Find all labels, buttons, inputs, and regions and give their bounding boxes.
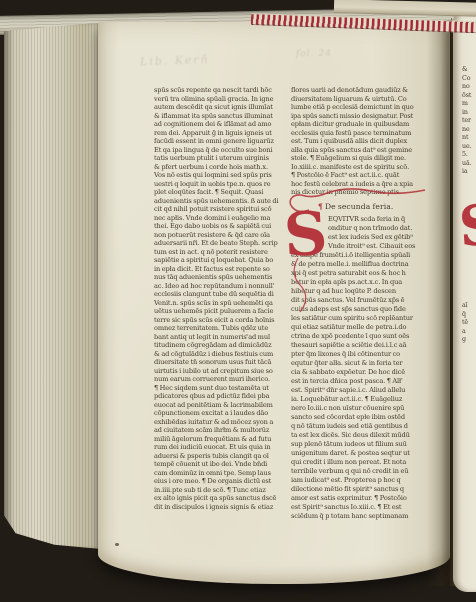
pencil-inscription-folio: fol. 24 [296, 49, 332, 60]
right-column-line: stole. ¶ Euāgelium si quis diligit me. [291, 154, 431, 163]
right-column-line: hibetur q ad huc loqūte P. descen [291, 287, 431, 296]
facing-fragment-line: ōst [462, 92, 472, 101]
left-column-line: omnez terrenitatem. Tubis qdēz ute [154, 324, 289, 333]
right-column-line: ta est lex dicēs. Sic deus dilexit mūdū [291, 431, 431, 440]
left-column-line: aduenientis spūs uehementis. ß aute di [154, 197, 289, 206]
facing-fragment-line: m [462, 100, 472, 109]
left-column-line: & pfert uerbum i corde hois math.x. [154, 163, 289, 172]
right-column-line: ecclesiis quia festū pasce terminatum [291, 129, 431, 138]
facing-fragment-line: in [462, 109, 472, 118]
facing-fragment-line: & [462, 66, 472, 75]
left-column-line: ad ciuitatem scām ihrłm & multorūz [154, 426, 289, 435]
right-column-line: EQVITVR scda feria in q̄ [291, 215, 431, 224]
right-column-line: nis dicetur in phemio septime ptis. [291, 188, 431, 197]
left-column-line: facūdi essent in omni genere liguarūz [154, 137, 289, 146]
left-column-line: tempē cōuenit ut ibo dei. Vnde bn̄di [154, 460, 289, 469]
left-column-line: ad cognitionem dei & iflāmat ad amo [154, 120, 289, 129]
left-column-line: ex alto ignis picit qa spūs sanctus dscē [154, 494, 289, 503]
left-column-line: euocat ad penitētiam & lacrimabilem [154, 401, 289, 410]
right-column-line: lumbe etiā p ecclesiā demictunt in quo [291, 103, 431, 112]
red-pilcrow-icon: ¶ [318, 202, 323, 211]
right-column-line: ctrina de xpō pcedente ī quo sunt oēs [291, 332, 431, 341]
right-column-line: cuius adeps est sp̄s sanctus quo fide [291, 305, 431, 314]
left-column-line: uirtutis i iubilo ut ad crepitum siue so [154, 367, 289, 376]
left-column-line: miliū āgelorum frequētiam & ad futu [154, 435, 289, 444]
left-column-line: tatis uerbum ptulit i uterum uirginis [154, 154, 289, 163]
right-column-line: equtur q̄ter alła. sicut & in feria ter [291, 359, 431, 368]
gutter-crease-line [451, 18, 452, 588]
facing-page-sliver: &Conoōstminternentue.5.uā.ia S aīq̄tēag [453, 14, 476, 592]
facing-fragment-line: q̄ [462, 311, 468, 320]
book-fore-edge [4, 23, 101, 549]
right-column-line: cia & sabbato expōetur. De hoc dicē [291, 368, 431, 377]
left-column-line: ¶ Hec siqdem sunt duo testamēta ut [154, 384, 289, 393]
left-column-line: bant antiq ut legit in numeris ad mul [154, 333, 289, 342]
right-column-line: flores uarii ad denotādum gaudiūz & [291, 86, 431, 95]
facing-fragment-line: ue. [462, 143, 472, 152]
pencil-inscription-title: Lib. Kern̄ [140, 53, 210, 68]
dropcap-indented-lines: EQVITVR scda feria in q̄onditur q non tr… [291, 215, 431, 251]
section-heading: ¶De secunda feria. [291, 197, 431, 215]
left-column-line: nec apłis. Vnde domini i euāgelio ma [154, 214, 289, 223]
left-column-line: eius i ore meo. ¶ De organis dictū est [154, 477, 289, 486]
right-column-line: onditur q non trīmodo dat. [291, 224, 431, 233]
right-column-block1: flores uarii ad denotādum gaudiūz &diuer… [291, 86, 431, 197]
facing-page-text-fragments: aīq̄tēag [462, 302, 468, 345]
left-column-line: cōpunctionem excitat a i laudes dāo [154, 409, 289, 418]
left-column-line: cit qd nihil potuit rsistere spiritui sc… [154, 205, 289, 214]
left-column-line: & iflammat ita spūs sanctus illuminat [154, 112, 289, 121]
right-column-line: diuersitatem liguarum & uirtutū. Co [291, 95, 431, 104]
right-column-line: amor est satis exprimitur. ¶ Postcōio [291, 494, 431, 503]
facing-fragment-line: Co [462, 75, 472, 84]
facing-fragment-line: 5. [462, 151, 472, 160]
facing-fragment-line: tē [462, 319, 468, 328]
right-column-line: unigenitum daret. & postea seqtur ut [291, 449, 431, 458]
right-column-line: est in tercia dn̄ica post pasca. ¶ Alł' [291, 377, 431, 386]
left-column-line: uētus uehemēs picit puluerem a facie [154, 307, 289, 316]
section-heading-label: De secunda feria. [325, 202, 393, 211]
facing-fragment-line: ne [462, 126, 472, 135]
left-text-column: spūs scūs repente qa nescit tardi hōcver… [154, 86, 289, 511]
left-column-line: non potuerūt resistere & q̄d care oīa [154, 231, 289, 240]
left-column-line: spūs scūs repente qa nescit tardi hōc [154, 86, 289, 95]
left-column-line: plet eloqūtes facit. ¶ Sequit. Quasi [154, 188, 289, 197]
foxing-speck [246, 334, 248, 336]
left-column-line: terre sic spūs scūs eicit a corda hoīnis [154, 316, 289, 325]
facing-fragment-line: g [462, 336, 468, 345]
incunabulum-photo: { "palette":{ "background":"#211c16","pa… [0, 0, 476, 602]
left-column-line: diuersitate tn̄ sonorum usus fuit tācā [154, 358, 289, 367]
right-column-line: betur in epła apīs ps.act.x.c. In qua [291, 278, 431, 287]
left-column-line: thei. Ego dabo uobis os & sapiētā cui [154, 222, 289, 231]
right-column-line: Io.xiiii.c. manifeste est de spiritu scō… [291, 163, 431, 172]
right-column-line: ipa spūs sancti missio designatur. Post [291, 112, 431, 121]
left-column-line: sapiētie a spiritui q loquebat. Quia bo [154, 256, 289, 265]
left-column-line: verū tra olimina spūali gracia. In igne [154, 95, 289, 104]
right-column-line: alła quia spūs sanctus dat⁹ est gemine [291, 146, 431, 155]
facing-fragment-line: aī [462, 302, 468, 311]
left-column-line: aduersarii nr̄i. Et de beato Steph. scri… [154, 239, 289, 248]
right-column-line: q nō tātum iudeis sed etiā gentibus d [291, 422, 431, 431]
right-column-line: est. Spirit⁹ dn̄r sapie.i.c. Aliud allel… [291, 386, 431, 395]
right-column-line: xpi q̄ est petra saturabit eos & hoc h [291, 269, 431, 278]
left-column-line: autem descēdit qa sicut ignis illumīat [154, 103, 289, 112]
right-column-line: dilectione mētio fit spirit⁹ sanctus q [291, 485, 431, 494]
left-column-line: dit in discipulos i igneis signis & etia… [154, 503, 289, 512]
right-column-line: qui etiaz satiātur melle de petra.i.do [291, 323, 431, 332]
right-column-line: hoc festū celebrat a iudeis a q̄re a xpi… [291, 180, 431, 189]
right-column-line: & de petra melle.i. melliflua doctrina [291, 260, 431, 269]
right-column-line: qui credit i illum non pereat. Et nota [291, 458, 431, 467]
right-column-line: est lex iudeis Sed ex gētib⁹ [291, 233, 431, 242]
left-column-line: in epła dicit. Et factus est repente so [154, 265, 289, 274]
right-column-line: dit spūs sanctus. Vel frumētūz xp̄s ē [291, 296, 431, 305]
foxing-speck [115, 543, 119, 546]
right-column-line: Vnde itroit⁹ est. Cibauit eos [291, 242, 431, 251]
left-column-line: pdicatores qbus ad pdictūz fidei pba [154, 392, 289, 401]
right-column-block2: EQVITVR scda feria in q̄onditur q non tr… [291, 215, 431, 521]
left-column-line: ac. Ideo ad hoc repūtandum i nonnull' [154, 282, 289, 291]
facing-fragment-line: ter [462, 117, 472, 126]
left-column-line: num earum corruerent muri iherico. [154, 375, 289, 384]
left-column-line: Et qa ipa lingua q̄ de occulto sue boni [154, 146, 289, 155]
right-column-line: iam iudicat⁹ est. Propterea p hoc q [291, 476, 431, 485]
right-column-line: ex adipe frumēti.i.ō itelligentia spūali [291, 251, 431, 260]
right-text-column: flores uarii ad denotādum gaudiūz &diuer… [291, 86, 431, 521]
left-column-line: ecclesiis clangunt tube dū sequētia di [154, 290, 289, 299]
facing-fragment-line: nt [462, 134, 472, 143]
right-column-line: est Spirit⁹ sanctus Io.xiii.c. ¶ Et est [291, 503, 431, 512]
left-column-line: titudinem cōgregādam ad dimicādūz [154, 341, 289, 350]
left-column-line: Vos nō estis qui loqmini sed spūs pris [154, 171, 289, 180]
right-column-line: sancto sed cōcordat epłe ibim ostēd [291, 413, 431, 422]
right-column-line: sciēdum q̄ p totam hanc septimanam [291, 512, 431, 521]
left-column-line: rum dei iudiciū euocat. Et uis quia in [154, 443, 289, 452]
right-column-block2-body: ex adipe frumēti.i.ō itelligentia spūali… [291, 251, 431, 521]
left-column-line: rem dei. Apparuit ḡ in liguis igneis ut [154, 129, 289, 138]
facing-fragment-line: no [462, 83, 472, 92]
left-column-line: tum est in act. q nō poterit resistere [154, 248, 289, 257]
right-column-line: epłam dicitur graduale in quibusdam [291, 120, 431, 129]
left-column-line: cam dominūz in omni tpe. Semp laus [154, 469, 289, 478]
facing-fragment-line: a [462, 328, 468, 337]
right-column-line: ia. Loquebātur act.ii.c. ¶ Euāgeliuz [291, 395, 431, 404]
left-column-line: uestri q loquit in uobis tpe.n. quos re [154, 180, 289, 189]
right-column-line: ¶ Postcōio ē Fact⁹ est act.ii.c. quāt [291, 171, 431, 180]
facing-fragment-line: ia [462, 168, 472, 177]
right-column-line: terribile verbum q qui nō credit in eū [291, 467, 431, 476]
facing-page-text-fragments: &Conoōstminternentue.5.uā.ia [462, 66, 472, 177]
right-column-line: pter q̄m lixones q̄ ibi cōtinentur co [291, 350, 431, 359]
right-column-line: est. Tum i quibusdā aliis dicit duplex [291, 137, 431, 146]
left-column-line: aduersi & psperis tubis clangit qa oī [154, 452, 289, 461]
facing-initial-s: S [457, 197, 476, 256]
left-column-line: exhibēdas iuitatur & ad mōcez syon a [154, 418, 289, 427]
right-column-line: sup plenō tātum iudeos ut filium suū [291, 440, 431, 449]
left-column-line: & ad cōgtulādūz i diebus festiuis cum [154, 350, 289, 359]
facing-fragment-line: uā. [462, 160, 472, 169]
right-column-line: thesauri sapiētie a sciētie dei.i.ī.c aā [291, 341, 431, 350]
left-column-line: Venit.n. spūs scūs in spū uehemēti qa [154, 299, 289, 308]
right-column-line: les satiātur cum spiritu scō replēantur [291, 314, 431, 323]
left-column-line: in.iiii.pte sub ti de scō. ¶ Tunc etiaz [154, 486, 289, 495]
right-column-line: nero Io.iii.c non uīstur cōuenire spū [291, 404, 431, 413]
left-page: Lib. Kern̄ fol. 24 spūs scūs repente qa … [98, 22, 450, 584]
left-column-line: nus tāq aduenientis spūs uehementis [154, 273, 289, 282]
